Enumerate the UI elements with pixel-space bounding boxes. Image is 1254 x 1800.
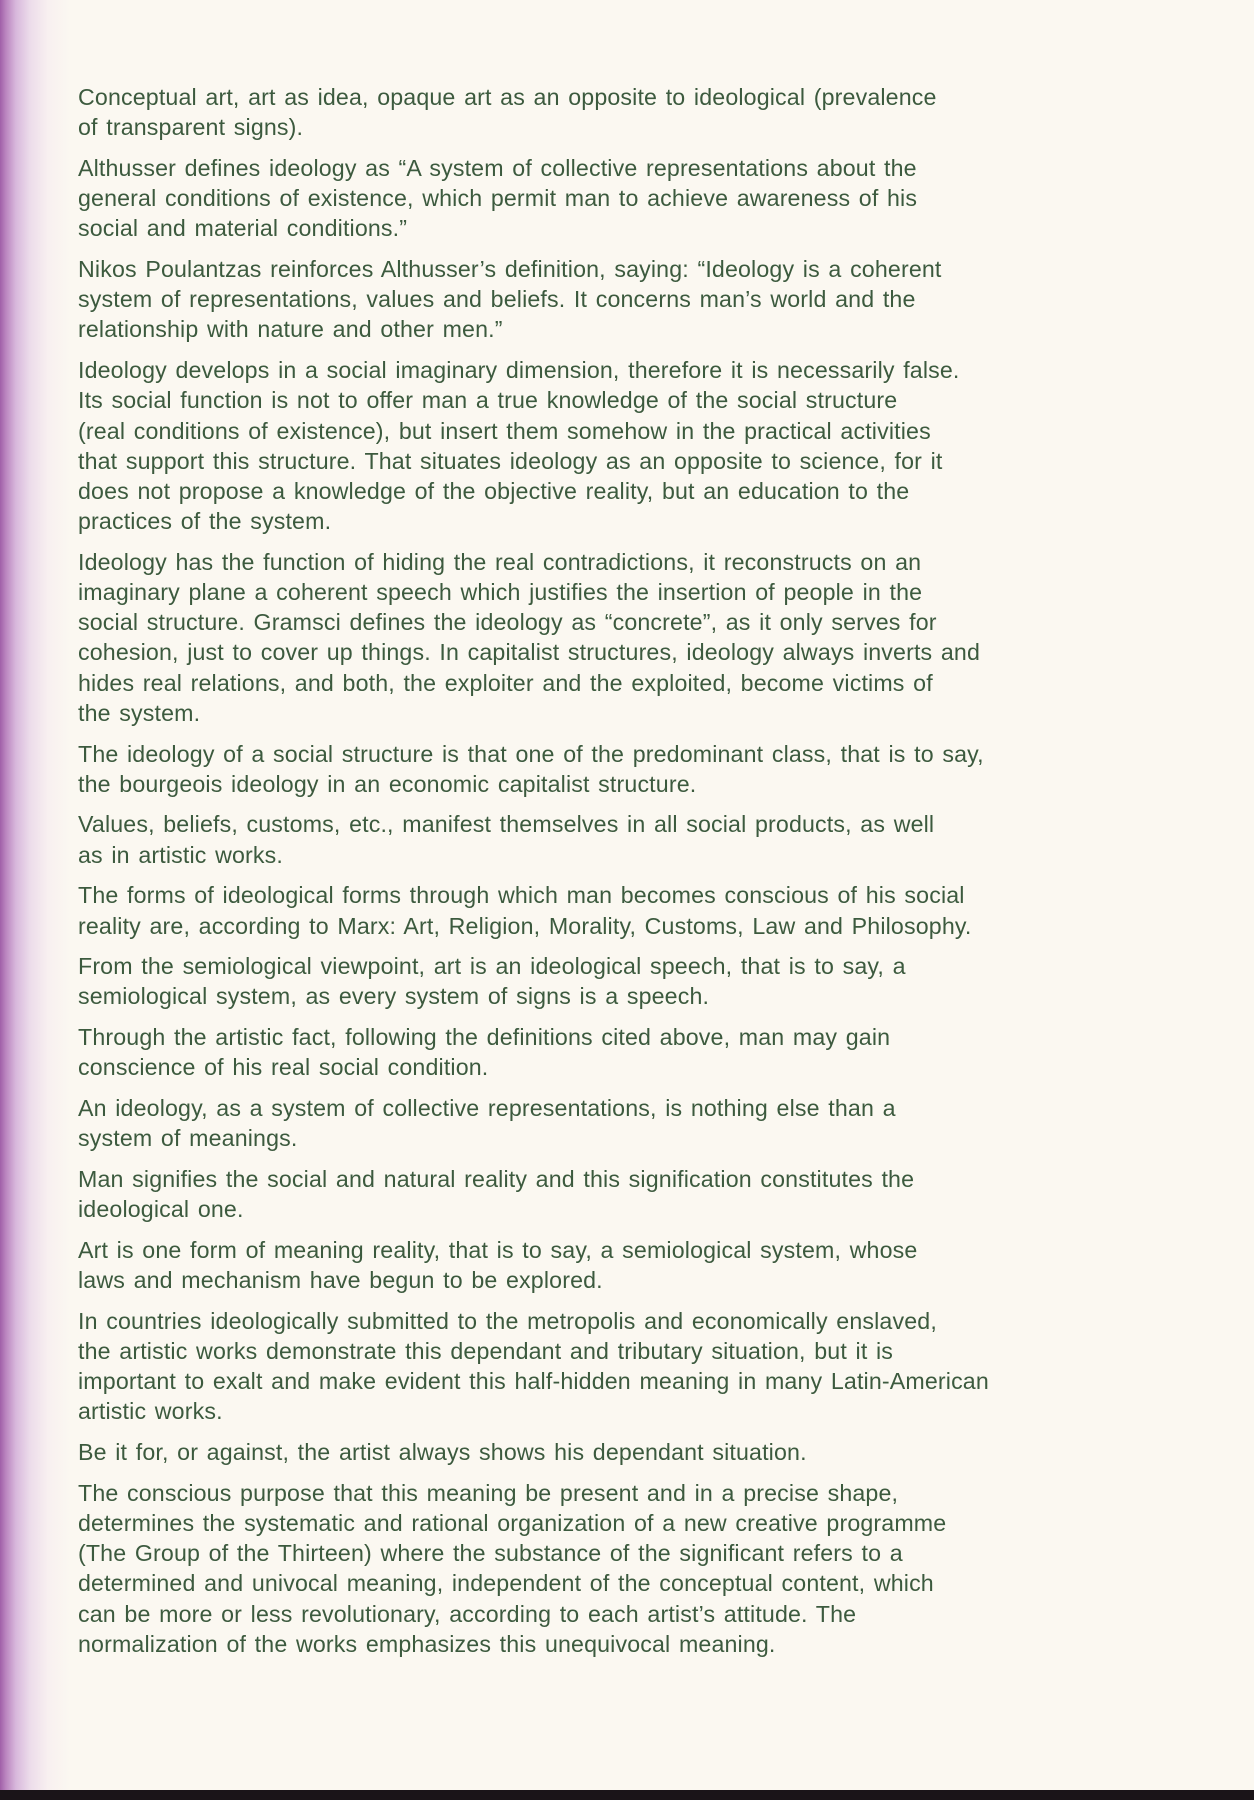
text-line: In countries ideologically submitted to …: [78, 1306, 1158, 1336]
text-line: does not propose a knowledge of the obje…: [78, 476, 1158, 506]
paragraph: Conceptual art, art as idea, opaque art …: [78, 82, 1158, 142]
text-line: (The Group of the Thirteen) where the su…: [78, 1538, 1158, 1568]
text-line: the bourgeois ideology in an economic ca…: [78, 769, 1158, 799]
text-line: system of meanings.: [78, 1123, 1158, 1153]
text-line: imaginary plane a coherent speech which …: [78, 577, 1158, 607]
paragraph: Through the artistic fact, following the…: [78, 1022, 1158, 1082]
paragraph: Nikos Poulantzas reinforces Althusser’s …: [78, 254, 1158, 345]
paragraph: Art is one form of meaning reality, that…: [78, 1235, 1158, 1295]
paragraph: Man signifies the social and natural rea…: [78, 1164, 1158, 1224]
text-line: practices of the system.: [78, 506, 1158, 536]
text-line: Be it for, or against, the artist always…: [78, 1437, 1158, 1467]
text-line: social and material conditions.”: [78, 213, 1158, 243]
text-line: general conditions of existence, which p…: [78, 183, 1158, 213]
paragraph: An ideology, as a system of collective r…: [78, 1093, 1158, 1153]
paragraph: Althusser defines ideology as “A system …: [78, 153, 1158, 244]
text-line: semiological system, as every system of …: [78, 981, 1158, 1011]
paragraph: Ideology develops in a social imaginary …: [78, 355, 1158, 536]
paragraph: From the semiological viewpoint, art is …: [78, 951, 1158, 1011]
text-line: of transparent signs).: [78, 112, 1158, 142]
text-line: relationship with nature and other men.”: [78, 314, 1158, 344]
paragraph: The forms of ideological forms through w…: [78, 880, 1158, 940]
paragraph: Be it for, or against, the artist always…: [78, 1437, 1158, 1467]
page-bottom-edge: [0, 1790, 1254, 1800]
text-line: hides real relations, and both, the expl…: [78, 668, 1158, 698]
text-line: social structure. Gramsci defines the id…: [78, 607, 1158, 637]
paragraph: In countries ideologically submitted to …: [78, 1306, 1158, 1427]
text-line: important to exalt and make evident this…: [78, 1366, 1158, 1396]
text-line: can be more or less revolutionary, accor…: [78, 1599, 1158, 1629]
text-line: Values, beliefs, customs, etc., manifest…: [78, 809, 1158, 839]
text-line: system of representations, values and be…: [78, 284, 1158, 314]
text-line: The conscious purpose that this meaning …: [78, 1478, 1158, 1508]
text-line: Ideology has the function of hiding the …: [78, 547, 1158, 577]
text-line: the system.: [78, 698, 1158, 728]
text-line: the artistic works demonstrate this depe…: [78, 1336, 1158, 1366]
text-line: as in artistic works.: [78, 840, 1158, 870]
text-line: (real conditions of existence), but inse…: [78, 416, 1158, 446]
text-line: From the semiological viewpoint, art is …: [78, 951, 1158, 981]
body-text: Conceptual art, art as idea, opaque art …: [78, 82, 1158, 1670]
text-line: Art is one form of meaning reality, that…: [78, 1235, 1158, 1265]
text-line: ideological one.: [78, 1194, 1158, 1224]
paragraph: The ideology of a social structure is th…: [78, 739, 1158, 799]
text-line: Althusser defines ideology as “A system …: [78, 153, 1158, 183]
text-line: reality are, according to Marx: Art, Rel…: [78, 911, 1158, 941]
document-page: Conceptual art, art as idea, opaque art …: [0, 0, 1254, 1790]
paragraph: Ideology has the function of hiding the …: [78, 547, 1158, 728]
text-line: Ideology develops in a social imaginary …: [78, 355, 1158, 385]
text-line: Conceptual art, art as idea, opaque art …: [78, 82, 1158, 112]
text-line: laws and mechanism have begun to be expl…: [78, 1265, 1158, 1295]
text-line: Man signifies the social and natural rea…: [78, 1164, 1158, 1194]
paragraph: The conscious purpose that this meaning …: [78, 1478, 1158, 1659]
text-line: The forms of ideological forms through w…: [78, 880, 1158, 910]
text-line: Its social function is not to offer man …: [78, 385, 1158, 415]
text-line: The ideology of a social structure is th…: [78, 739, 1158, 769]
text-line: that support this structure. That situat…: [78, 446, 1158, 476]
text-line: determines the systematic and rational o…: [78, 1508, 1158, 1538]
text-line: determined and univocal meaning, indepen…: [78, 1568, 1158, 1598]
text-line: Nikos Poulantzas reinforces Althusser’s …: [78, 254, 1158, 284]
text-line: normalization of the works emphasizes th…: [78, 1629, 1158, 1659]
text-line: Through the artistic fact, following the…: [78, 1022, 1158, 1052]
text-line: conscience of his real social condition.: [78, 1052, 1158, 1082]
text-line: An ideology, as a system of collective r…: [78, 1093, 1158, 1123]
text-line: artistic works.: [78, 1396, 1158, 1426]
text-line: cohesion, just to cover up things. In ca…: [78, 637, 1158, 667]
paragraph: Values, beliefs, customs, etc., manifest…: [78, 809, 1158, 869]
